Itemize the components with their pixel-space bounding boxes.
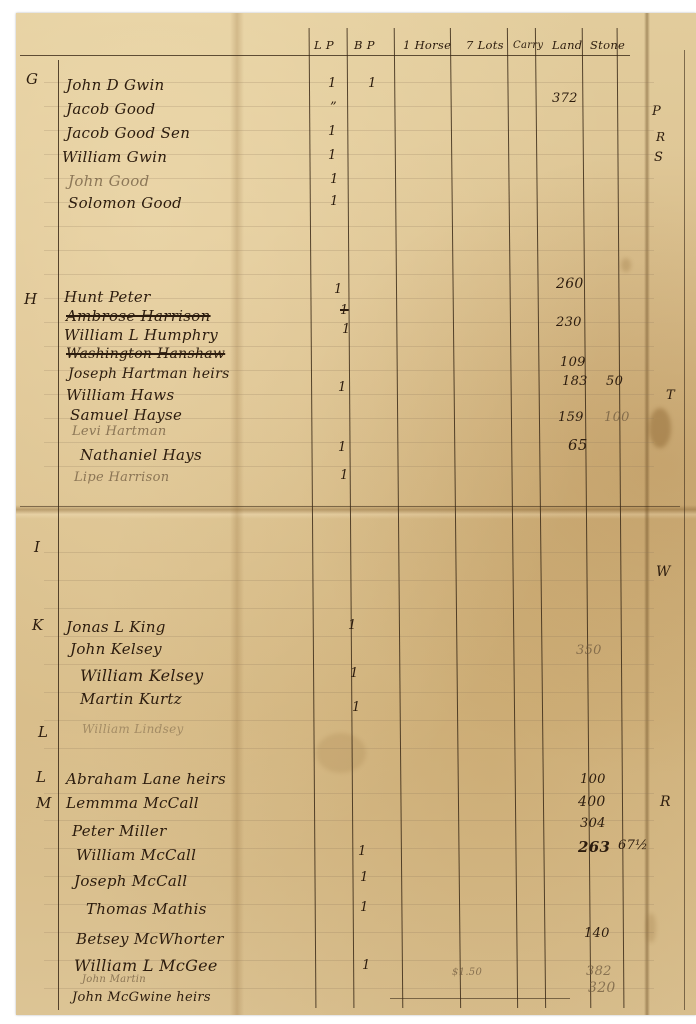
entry-land: 382 [586,964,612,979]
header-bp: B P [354,38,375,52]
entry-name: Thomas Mathis [86,900,207,918]
stain [621,258,631,272]
entry-land: 183 [562,374,588,389]
column-divider-next-page [684,50,685,1010]
vertical-fold [230,13,244,1015]
margin-letter: P [652,104,661,119]
entry-name-struck: Washington Hanshaw [66,346,225,362]
entry-name: Abraham Lane heirs [66,770,226,788]
entry-land: 400 [578,794,606,810]
ruled-line [44,988,654,989]
ruled-line [44,664,654,665]
header-lp: L P [314,38,334,52]
entry-lp: 1 [328,148,337,163]
entry-land: 260 [556,276,584,292]
entry-name: Hunt Peter [64,288,151,306]
entry-name-faded: William Lindsey [82,722,184,736]
entry-lp: 1 [340,303,349,318]
entry-name: William L McGee [74,956,218,975]
entry-lp: 1 [328,124,337,139]
ruled-line [44,820,654,821]
section-letter-i: I [34,538,40,556]
entry-land: 100 [580,772,606,787]
entry-land: 140 [584,926,610,941]
margin-letter: W [656,564,671,580]
entry-lp: 1 [340,468,349,483]
entry-carry: $1.50 [452,967,482,978]
entry-name: William L Humphry [64,326,218,344]
ruled-line [44,580,654,581]
entry-lp: 1 [330,194,339,209]
entry-lp: 1 [342,322,351,337]
entry-land: 159 [558,410,584,425]
header-horse: 1 Horse [403,38,451,52]
entry-name: William Kelsey [80,666,203,685]
entry-lp: 1 [330,172,339,187]
entry-name: John Good [68,172,149,190]
header-land: Land [552,38,582,52]
entry-name: John McGwine heirs [72,990,211,1005]
entry-lp: 1 [334,282,343,297]
entry-land: 320 [588,980,616,996]
entry-lp: 1 [338,440,347,455]
entry-land: 65 [568,436,588,454]
entry-name: Samuel Hayse [70,406,182,424]
entry-bp: 1 [368,76,377,91]
ruled-line [44,636,654,637]
entry-lp: 1 [338,380,347,395]
column-divider-letter [58,60,59,1010]
entry-stone: 100 [604,410,630,425]
section-letter-l: L [36,768,46,786]
header-rule [20,55,630,56]
total-rule [390,998,570,999]
entry-name: Nathaniel Hays [80,446,202,464]
header-stone: Stone [590,38,625,52]
section-letter-k: K [32,616,44,634]
header-lots: 7 Lots [466,38,504,52]
entry-lp: 1 [358,844,367,859]
ruled-line [44,608,654,609]
entry-stone: 50 [606,374,623,389]
section-letter-l: L [38,723,48,741]
entry-lp: 1 [362,958,371,973]
stain [646,913,656,943]
header-carry: Carry [513,40,543,51]
entry-name: Peter Miller [72,822,167,840]
entry-lp: 1 [352,700,361,715]
entry-name: Betsey McWhorter [76,930,224,948]
entry-name: Joseph McCall [74,872,187,890]
ruled-line [44,748,654,749]
entry-lp: ” [330,100,337,115]
entry-land: 263 [578,838,610,856]
entry-stone: 67½ [618,838,648,853]
entry-name: Lipe Harrison [74,470,169,485]
entry-name: Lemmma McCall [66,794,199,812]
entry-land: 350 [576,643,602,658]
entry-land: 304 [580,816,606,831]
section-letter-m: M [36,794,52,812]
section-letter-g: G [26,70,38,88]
entry-land: 372 [552,91,578,106]
entry-lp: 1 [328,76,337,91]
entry-lp: 1 [348,618,357,633]
entry-name: Martin Kurtz [80,690,182,708]
margin-letter: R [660,794,671,810]
page-gutter [644,13,650,1015]
entry-name-struck: Ambrose Harrison [66,307,211,325]
entry-name: William Gwin [62,148,167,166]
entry-name: John Kelsey [70,640,162,658]
entry-name: Joseph Hartman heirs [68,366,230,382]
entry-name: Jacob Good Sen [66,124,190,142]
ruled-line [44,720,654,721]
entry-name: Solomon Good [68,194,182,212]
entry-name: William McCall [76,846,196,864]
entry-lp: 1 [350,666,359,681]
stain [316,733,366,773]
section-letter-h: H [24,290,37,308]
entry-name: Levi Hartman [72,424,167,439]
entry-name: John D Gwin [66,76,165,94]
entry-land: 230 [556,315,582,330]
ruled-line [44,552,654,553]
margin-letter: S [654,150,663,165]
entry-name: William Haws [66,386,174,404]
entry-lp: 1 [360,870,369,885]
entry-name: Jonas L King [66,618,166,636]
entry-land: 109 [560,355,586,370]
margin-letter: T [666,388,675,403]
entry-name-faded: John Martin [82,974,146,985]
margin-letter: R [656,130,665,144]
entry-lp: 1 [360,900,369,915]
entry-name: Jacob Good [66,100,155,118]
